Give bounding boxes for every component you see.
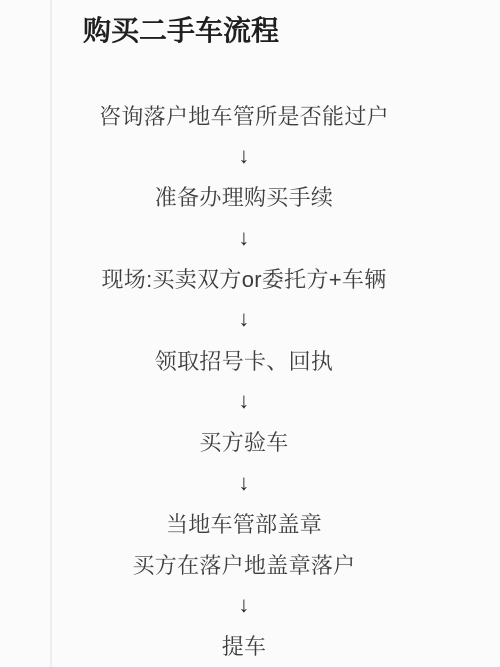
down-arrow-icon: ↓: [0, 585, 488, 626]
flow-step-consult: 咨询落户地车管所是否能过户: [0, 95, 488, 136]
flow-step-stamp-line2: 买方在落户地盖章落户: [0, 544, 488, 585]
flowchart: 咨询落户地车管所是否能过户 ↓ 准备办理购买手续 ↓ 现场:买卖双方or委托方+…: [0, 95, 488, 666]
flow-step-stamp-line1: 当地车管部盖章: [0, 503, 488, 544]
flow-step-inspect: 买方验车: [0, 421, 488, 462]
flow-step-pickup: 提车: [0, 625, 488, 666]
down-arrow-icon: ↓: [0, 462, 488, 503]
down-arrow-icon: ↓: [0, 381, 488, 422]
down-arrow-icon: ↓: [0, 299, 488, 340]
down-arrow-icon: ↓: [0, 217, 488, 258]
page-title: 购买二手车流程: [83, 14, 279, 48]
flow-step-get-card: 领取招号卡、回执: [0, 340, 488, 381]
flow-step-prepare: 准备办理购买手续: [0, 177, 488, 218]
down-arrow-icon: ↓: [0, 136, 488, 177]
flow-step-onsite: 现场:买卖双方or委托方+车辆: [0, 258, 488, 299]
